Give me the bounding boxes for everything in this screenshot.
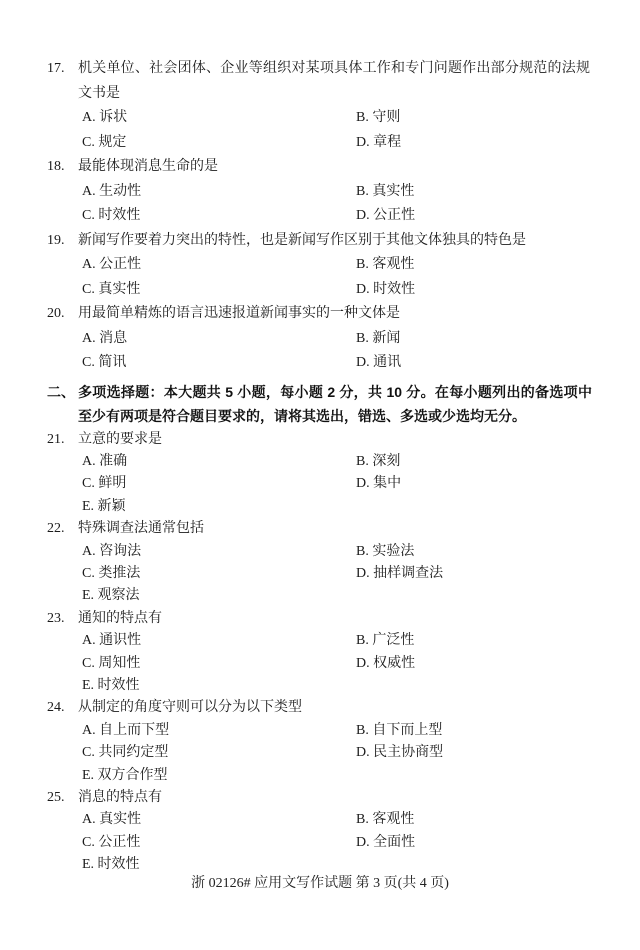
option-b: B. 深刻 xyxy=(356,451,590,473)
question-text: 新闻写作要着力突出的特性，也是新闻写作区别于其他文体独具的特色是 xyxy=(78,229,590,254)
option-d: D. 抽样调查法 xyxy=(356,563,590,585)
option-b: B. 自下而上型 xyxy=(356,720,590,742)
question-25: 25. 消息的特点有 A. 真实性 B. 客观性 C. 公正性 D. 全面性 E… xyxy=(47,787,597,877)
option-a: A. 诉状 xyxy=(82,106,356,131)
option-a: A. 真实性 xyxy=(82,809,356,831)
option-d: D. 集中 xyxy=(356,473,590,495)
option-c: C. 周知性 xyxy=(82,653,356,675)
multi-choice-section: 21. 立意的要求是 A. 准确 B. 深刻 C. 鲜明 D. 集中 E. 新颖… xyxy=(47,429,597,877)
page-content: 17. 机关单位、社会团体、企业等组织对某项具体工作和专门问题作出部分规范的法规… xyxy=(47,57,597,877)
option-b: B. 客观性 xyxy=(356,253,590,278)
question-18: 18. 最能体现消息生命的是 A. 生动性 B. 真实性 C. 时效性 D. 公… xyxy=(47,155,597,229)
question-options: A. 自上而下型 B. 自下而上型 C. 共同约定型 D. 民主协商型 E. 双… xyxy=(78,720,590,787)
option-b: B. 实验法 xyxy=(356,541,590,563)
option-c: C. 简讯 xyxy=(82,351,356,376)
option-e: E. 双方合作型 xyxy=(82,765,356,787)
question-23: 23. 通知的特点有 A. 通识性 B. 广泛性 C. 周知性 D. 权威性 E… xyxy=(47,608,597,698)
option-c: C. 共同约定型 xyxy=(82,742,356,764)
option-c: C. 真实性 xyxy=(82,278,356,303)
question-text: 立意的要求是 xyxy=(78,429,590,451)
option-c: C. 鲜明 xyxy=(82,473,356,495)
question-number: 25. xyxy=(47,787,78,877)
option-a: A. 消息 xyxy=(82,327,356,352)
question-options: A. 准确 B. 深刻 C. 鲜明 D. 集中 E. 新颖 xyxy=(78,451,590,518)
option-d: D. 公正性 xyxy=(356,204,590,229)
option-a: A. 准确 xyxy=(82,451,356,473)
option-b: B. 守则 xyxy=(356,106,590,131)
option-b: B. 真实性 xyxy=(356,180,590,205)
option-b: B. 客观性 xyxy=(356,809,590,831)
question-options: A. 诉状 B. 守则 C. 规定 D. 章程 xyxy=(78,106,590,155)
question-24: 24. 从制定的角度守则可以分为以下类型 A. 自上而下型 B. 自下而上型 C… xyxy=(47,697,597,787)
question-options: A. 消息 B. 新闻 C. 简讯 D. 通讯 xyxy=(78,327,590,376)
question-options: A. 通识性 B. 广泛性 C. 周知性 D. 权威性 E. 时效性 xyxy=(78,630,590,697)
question-options: A. 咨询法 B. 实验法 C. 类推法 D. 抽样调查法 E. 观察法 xyxy=(78,541,590,608)
question-number: 23. xyxy=(47,608,78,698)
single-choice-section: 17. 机关单位、社会团体、企业等组织对某项具体工作和专门问题作出部分规范的法规… xyxy=(47,57,597,376)
option-b: B. 广泛性 xyxy=(356,630,590,652)
option-a: A. 通识性 xyxy=(82,630,356,652)
option-c: C. 时效性 xyxy=(82,204,356,229)
option-c: C. 规定 xyxy=(82,131,356,156)
question-19: 19. 新闻写作要着力突出的特性，也是新闻写作区别于其他文体独具的特色是 A. … xyxy=(47,229,597,303)
option-a: A. 自上而下型 xyxy=(82,720,356,742)
question-22: 22. 特殊调查法通常包括 A. 咨询法 B. 实验法 C. 类推法 D. 抽样… xyxy=(47,518,597,608)
option-c: C. 公正性 xyxy=(82,832,356,854)
question-text: 从制定的角度守则可以分为以下类型 xyxy=(78,697,590,719)
question-21: 21. 立意的要求是 A. 准确 B. 深刻 C. 鲜明 D. 集中 E. 新颖 xyxy=(47,429,597,519)
question-text: 用最简单精炼的语言迅速报道新闻事实的一种文体是 xyxy=(78,302,590,327)
question-options: A. 生动性 B. 真实性 C. 时效性 D. 公正性 xyxy=(78,180,590,229)
question-number: 20. xyxy=(47,302,78,376)
option-d: D. 全面性 xyxy=(356,832,590,854)
question-number: 19. xyxy=(47,229,78,303)
option-a: A. 生动性 xyxy=(82,180,356,205)
section-instructions: 多项选择题：本大题共 5 小题，每小题 2 分，共 10 分。在每小题列出的备选… xyxy=(78,380,592,429)
option-a: A. 公正性 xyxy=(82,253,356,278)
question-number: 21. xyxy=(47,429,78,519)
section-2-header: 二、 多项选择题：本大题共 5 小题，每小题 2 分，共 10 分。在每小题列出… xyxy=(47,380,597,429)
question-options: A. 真实性 B. 客观性 C. 公正性 D. 全面性 E. 时效性 xyxy=(78,809,590,876)
option-e: E. 观察法 xyxy=(82,585,356,607)
question-number: 17. xyxy=(47,57,78,155)
option-d: D. 民主协商型 xyxy=(356,742,590,764)
option-e: E. 新颖 xyxy=(82,496,356,518)
question-text: 特殊调查法通常包括 xyxy=(78,518,590,540)
question-options: A. 公正性 B. 客观性 C. 真实性 D. 时效性 xyxy=(78,253,590,302)
page-footer: 浙 02126# 应用文写作试题 第 3 页(共 4 页) xyxy=(0,874,640,894)
option-d: D. 时效性 xyxy=(356,278,590,303)
option-d: D. 权威性 xyxy=(356,653,590,675)
option-e: E. 时效性 xyxy=(82,675,356,697)
question-number: 24. xyxy=(47,697,78,787)
option-d: D. 通讯 xyxy=(356,351,590,376)
question-text: 机关单位、社会团体、企业等组织对某项具体工作和专门问题作出部分规范的法规文书是 xyxy=(78,57,590,106)
question-number: 22. xyxy=(47,518,78,608)
question-17: 17. 机关单位、社会团体、企业等组织对某项具体工作和专门问题作出部分规范的法规… xyxy=(47,57,597,155)
question-number: 18. xyxy=(47,155,78,229)
question-text: 通知的特点有 xyxy=(78,608,590,630)
option-a: A. 咨询法 xyxy=(82,541,356,563)
question-text: 消息的特点有 xyxy=(78,787,590,809)
option-c: C. 类推法 xyxy=(82,563,356,585)
question-text: 最能体现消息生命的是 xyxy=(78,155,590,180)
exam-paper-page: 17. 机关单位、社会团体、企业等组织对某项具体工作和专门问题作出部分规范的法规… xyxy=(0,0,640,950)
option-d: D. 章程 xyxy=(356,131,590,156)
option-b: B. 新闻 xyxy=(356,327,590,352)
question-20: 20. 用最简单精炼的语言迅速报道新闻事实的一种文体是 A. 消息 B. 新闻 … xyxy=(47,302,597,376)
section-label: 二、 xyxy=(47,380,78,429)
